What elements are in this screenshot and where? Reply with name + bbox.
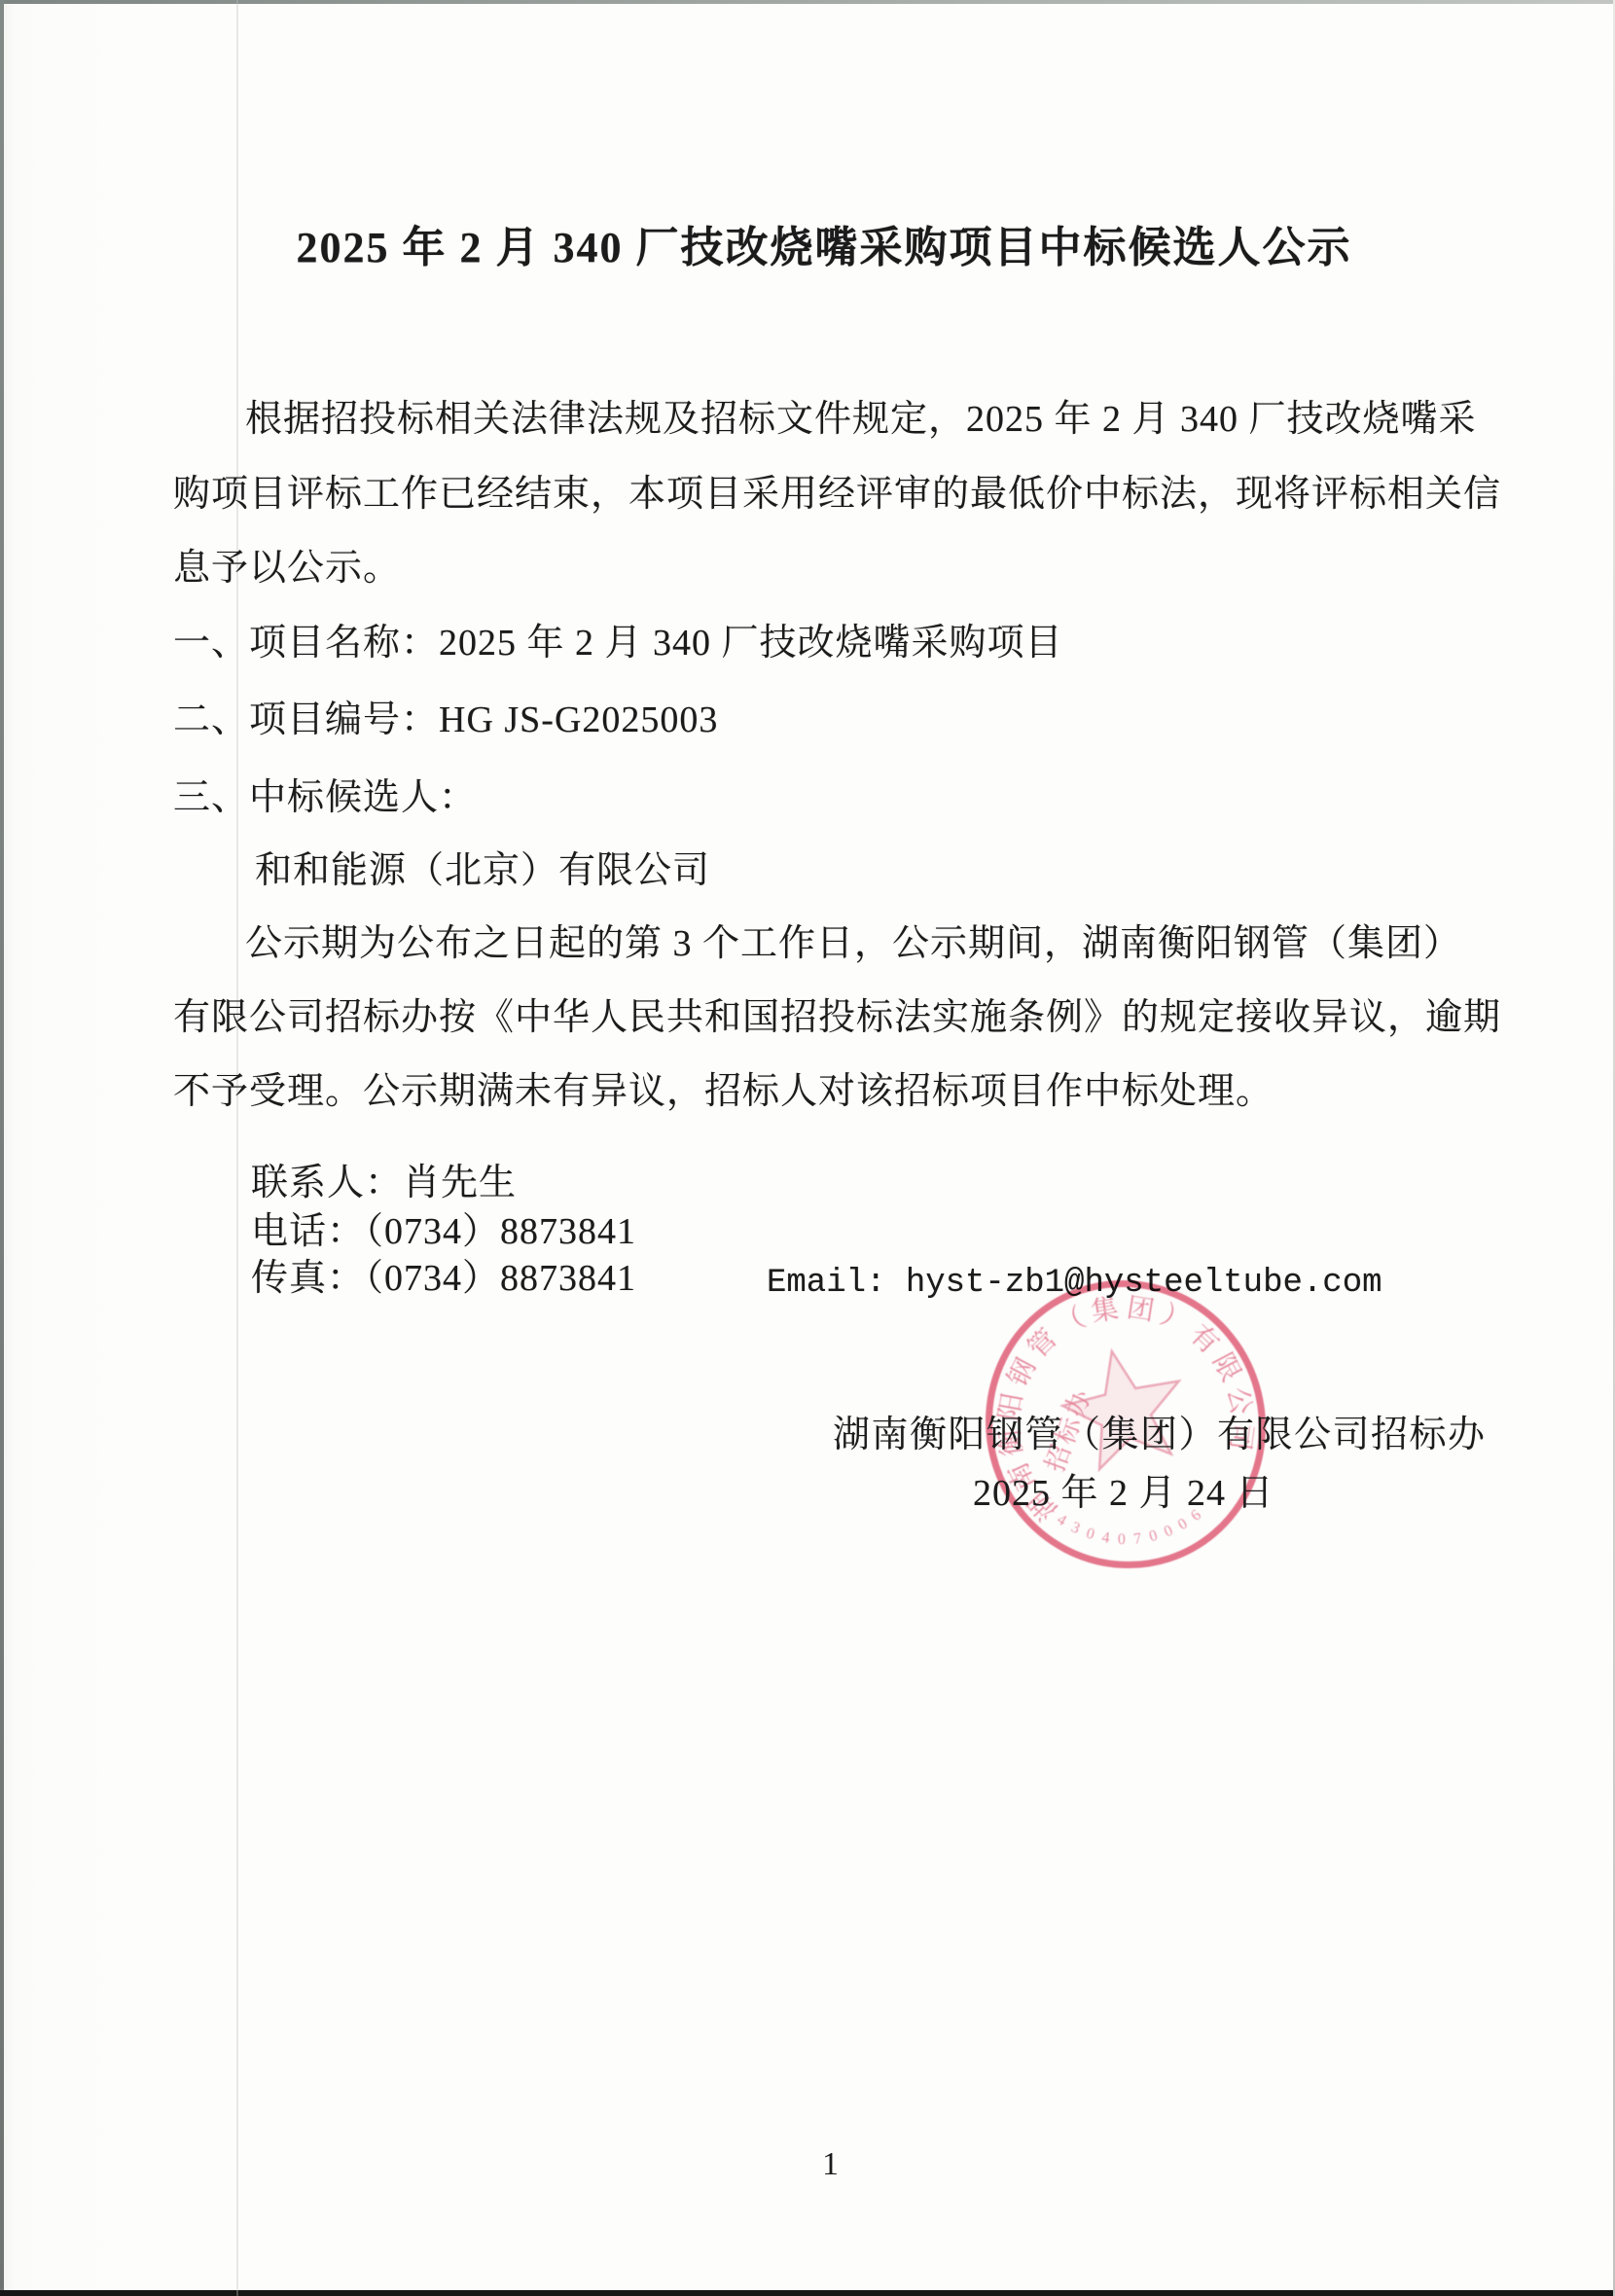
contact-person: 联系人：肖先生 [251, 1161, 517, 1205]
item-project-name: 一、项目名称：2025 年 2 月 340 厂技改烧嘴采购项目 [173, 621, 1063, 665]
signature-organization: 湖南衡阳钢管（集团）有限公司招标办 [833, 1413, 1487, 1457]
paragraph2-line3: 不予受理。公示期满未有异议，招标人对该招标项目作中标处理。 [173, 1069, 1274, 1114]
scan-edge-top [0, 0, 1615, 4]
candidate-company: 和和能源（北京）有限公司 [255, 848, 710, 893]
paragraph1-line2: 购项目评标工作已经结束，本项目采用经评审的最低价中标法，现将评标相关信 [173, 472, 1501, 517]
item-project-number: 二、项目编号：HG JS-G2025003 [173, 698, 718, 742]
contact-phone: 电话：（0734）8873841 [251, 1209, 636, 1254]
signature-date: 2025 年 2 月 24 日 [973, 1471, 1274, 1516]
item-candidate-label: 三、中标候选人： [173, 775, 477, 820]
paragraph1-line1: 根据招投标相关法律法规及招标文件规定，2025 年 2 月 340 厂技改烧嘴采 [245, 397, 1477, 442]
page-number: 1 [822, 2146, 839, 2183]
scan-edge-bottom [0, 2290, 1615, 2296]
paragraph2-line1: 公示期为公布之日起的第 3 个工作日，公示期间，湖南衡阳钢管（集团） [245, 921, 1461, 966]
scan-edge-left [0, 0, 4, 2296]
document-title: 2025 年 2 月 340 厂技改烧嘴采购项目中标候选人公示 [17, 212, 1615, 274]
contact-fax: 传真：（0734）8873841 [251, 1256, 636, 1301]
paragraph1-line3: 息予以公示。 [173, 546, 401, 591]
paper-fold-line [236, 0, 238, 2296]
paragraph2-line2: 有限公司招标办按《中华人民共和国招投标法实施条例》的规定接收异议，逾期 [173, 995, 1501, 1040]
scanned-document-page: 2025 年 2 月 340 厂技改烧嘴采购项目中标候选人公示 根据招投标相关法… [0, 0, 1615, 2296]
